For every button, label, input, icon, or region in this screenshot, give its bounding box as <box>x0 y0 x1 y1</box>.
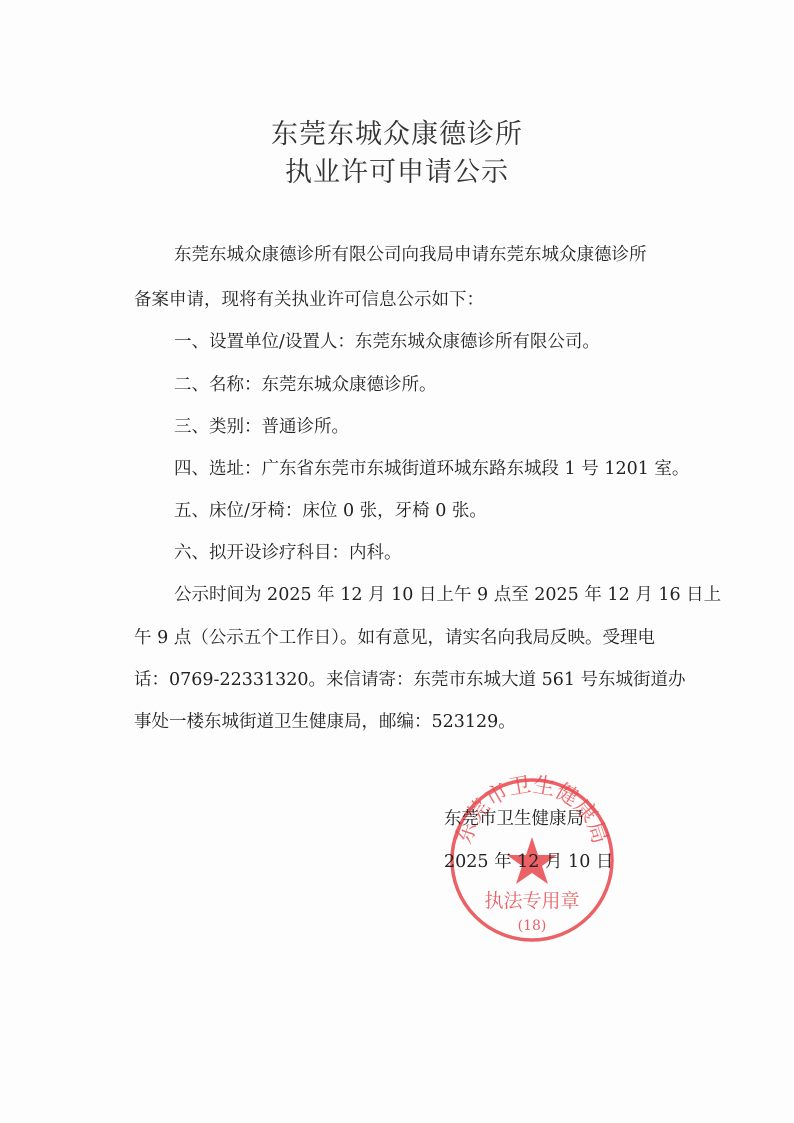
intro-line-1: 东莞东城众康德诊所有限公司向我局申请东莞东城众康德诊所 <box>174 241 647 266</box>
notice-line-2: 午 9 点（公示五个工作日）。如有意见，请实名向我局反映。受理电 <box>134 624 655 649</box>
svg-text:执法专用章: 执法专用章 <box>484 890 579 912</box>
item-address: 四、选址：广东省东莞市东城街道环城东路东城段 1 号 1201 室。 <box>174 455 689 480</box>
item-setup-unit: 一、设置单位/设置人：东莞东城众康德诊所有限公司。 <box>174 328 600 353</box>
notice-line-3: 话：0769-22331320。来信请寄：东莞市东城大道 561 号东城街道办 <box>134 666 686 691</box>
document-title-line1: 东莞东城众康德诊所 <box>0 112 794 151</box>
notice-line-4: 事处一楼东城街道卫生健康局，邮编：523129。 <box>134 708 516 733</box>
svg-text:(18): (18) <box>518 918 547 934</box>
intro-line-2: 备案申请，现将有关执业许可信息公示如下： <box>134 286 484 311</box>
item-departments: 六、拟开设诊疗科目：内科。 <box>174 539 402 564</box>
issue-date: 2025 年 12 月 10 日 <box>444 848 613 873</box>
item-name: 二、名称：东莞东城众康德诊所。 <box>174 371 437 396</box>
document-title-line2: 执业许可申请公示 <box>0 150 794 189</box>
issuer-name: 东莞市卫生健康局 <box>444 805 584 830</box>
item-category: 三、类别：普通诊所。 <box>174 413 349 438</box>
notice-line-1: 公示时间为 2025 年 12 月 10 日上午 9 点至 2025 年 12 … <box>174 581 721 606</box>
item-beds: 五、床位/牙椅：床位 0 张，牙椅 0 张。 <box>174 497 487 522</box>
